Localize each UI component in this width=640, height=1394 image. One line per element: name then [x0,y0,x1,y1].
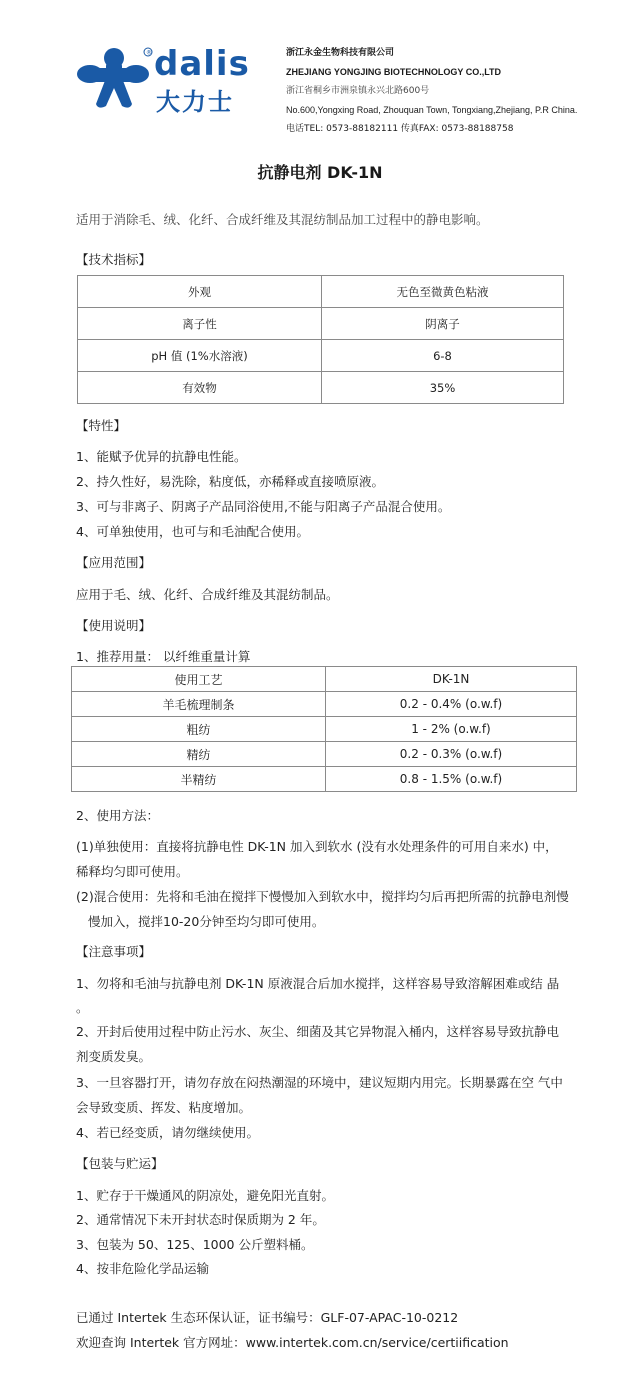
table-row: 粗纺 1 - 2% (o.w.f) [72,717,577,742]
brand-name-en: dalis [154,44,250,84]
scope-heading: 【应用范围】 [76,553,151,571]
table-header-row: 使用工艺 DK-1N [72,667,577,692]
packaging-item: 4、按非危险化学品运输 [76,1259,209,1277]
note-line: 1、勿将和毛油与抗静电剂 DK-1N 原液混合后加水搅拌，这样容易导致溶解困难或… [76,974,559,992]
spec-value: 无色至微黄色粘液 [322,276,564,308]
dosage-cell: 0.2 - 0.4% (o.w.f) [326,692,577,717]
company-name-en: ZHEJIANG YONGJING BIOTECHNOLOGY CO.,LTD [286,63,626,82]
dosage-cell: 0.8 - 1.5% (o.w.f) [326,767,577,792]
query-text: 欢迎查询 Intertek 官方网址：www.intertek.com.cn/s… [76,1333,509,1351]
process-cell: 羊毛梳理制条 [72,692,326,717]
dosage-label: 1、推荐用量： 以纤维重量计算 [76,647,250,665]
note-line: 4、若已经变质，请勿继续使用。 [76,1123,259,1141]
dosage-cell: 1 - 2% (o.w.f) [326,717,577,742]
scope-text: 应用于毛、绒、化纤、合成纤维及其混纺制品。 [76,585,339,603]
dosage-table: 使用工艺 DK-1N 羊毛梳理制条 0.2 - 0.4% (o.w.f) 粗纺 … [71,666,577,792]
features-heading: 【特性】 [76,416,126,434]
spec-label: 有效物 [78,372,322,404]
notes-heading: 【注意事项】 [76,942,151,960]
spec-label: 外观 [78,276,322,308]
table-row: 精纺 0.2 - 0.3% (o.w.f) [72,742,577,767]
column-header: DK-1N [326,667,577,692]
feature-item: 2、持久性好，易洗除，粘度低，亦稀释或直接喷原液。 [76,472,384,490]
note-line: 2、开封后使用过程中防止污水、灰尘、细菌及其它异物混入桶内，这样容易导致抗静电 [76,1022,559,1040]
company-logo: ® dalis 大力士 [76,44,266,110]
spec-value: 35% [322,372,564,404]
method-line: 稀释均匀即可使用。 [76,862,189,880]
company-info: 浙江永金生物科技有限公司 ZHEJIANG YONGJING BIOTECHNO… [286,44,626,139]
table-row: pH 值 (1%水溶液) 6-8 [78,340,564,372]
table-row: 半精纺 0.8 - 1.5% (o.w.f) [72,767,577,792]
packaging-heading: 【包装与贮运】 [76,1154,164,1172]
method-label: 2、使用方法： [76,806,159,824]
spec-value: 6-8 [322,340,564,372]
address-en: No.600,Yongxing Road, Zhouquan Town, Ton… [286,101,626,120]
packaging-item: 3、包装为 50、125、1000 公斤塑料桶。 [76,1235,313,1253]
table-row: 有效物 35% [78,372,564,404]
contact-info: 电话TEL: 0573-88182111 传真FAX: 0573-8818875… [286,120,626,139]
table-row: 外观 无色至微黄色粘液 [78,276,564,308]
page-title: 抗静电剂 DK-1N [0,160,640,183]
company-name-cn: 浙江永金生物科技有限公司 [286,44,626,63]
process-cell: 粗纺 [72,717,326,742]
feature-item: 3、可与非离子、阴离子产品同浴使用,不能与阳离子产品混合使用。 [76,497,450,515]
note-line: 3、一旦容器打开，请勿存放在闷热潮湿的环境中，建议短期内用完。长期暴露在空 气中 [76,1073,563,1091]
usage-heading: 【使用说明】 [76,616,151,634]
feature-item: 4、可单独使用，也可与和毛油配合使用。 [76,522,309,540]
spec-label: 离子性 [78,308,322,340]
note-line: 剂变质发臭。 [76,1047,151,1065]
method-line: (2)混合使用：先将和毛油在搅拌下慢慢加入到软水中，搅拌均匀后再把所需的抗静电剂… [76,887,569,905]
column-header: 使用工艺 [72,667,326,692]
brand-name-cn: 大力士 [156,82,234,117]
address-cn: 浙江省桐乡市洲泉镇永兴北路600号 [286,82,626,101]
registered-mark: ® [146,50,152,57]
note-line: 会导致变质、挥发、粘度增加。 [76,1098,251,1116]
packaging-item: 1、贮存于干燥通风的阴凉处，避免阳光直射。 [76,1186,334,1204]
packaging-item: 2、通常情况下未开封状态时保质期为 2 年。 [76,1210,325,1228]
process-cell: 半精纺 [72,767,326,792]
method-line: (1)单独使用：直接将抗静电性 DK-1N 加入到软水 (没有水处理条件的可用自… [76,837,558,855]
feature-item: 1、能赋予优异的抗静电性能。 [76,447,246,465]
spec-heading: 【技术指标】 [76,250,151,268]
certification-text: 已通过 Intertek 生态环保认证，证书编号：GLF-07-APAC-10-… [76,1308,458,1326]
intro-text: 适用于消除毛、绒、化纤、合成纤维及其混纺制品加工过程中的静电影响。 [76,210,489,228]
table-row: 羊毛梳理制条 0.2 - 0.4% (o.w.f) [72,692,577,717]
note-line: 。 [76,998,89,1016]
spec-value: 阴离子 [322,308,564,340]
spec-label: pH 值 (1%水溶液) [78,340,322,372]
table-row: 离子性 阴离子 [78,308,564,340]
method-line: 慢加入，搅拌10-20分钟至均匀即可使用。 [88,912,324,930]
process-cell: 精纺 [72,742,326,767]
spec-table: 外观 无色至微黄色粘液 离子性 阴离子 pH 值 (1%水溶液) 6-8 有效物… [77,275,564,404]
dosage-cell: 0.2 - 0.3% (o.w.f) [326,742,577,767]
